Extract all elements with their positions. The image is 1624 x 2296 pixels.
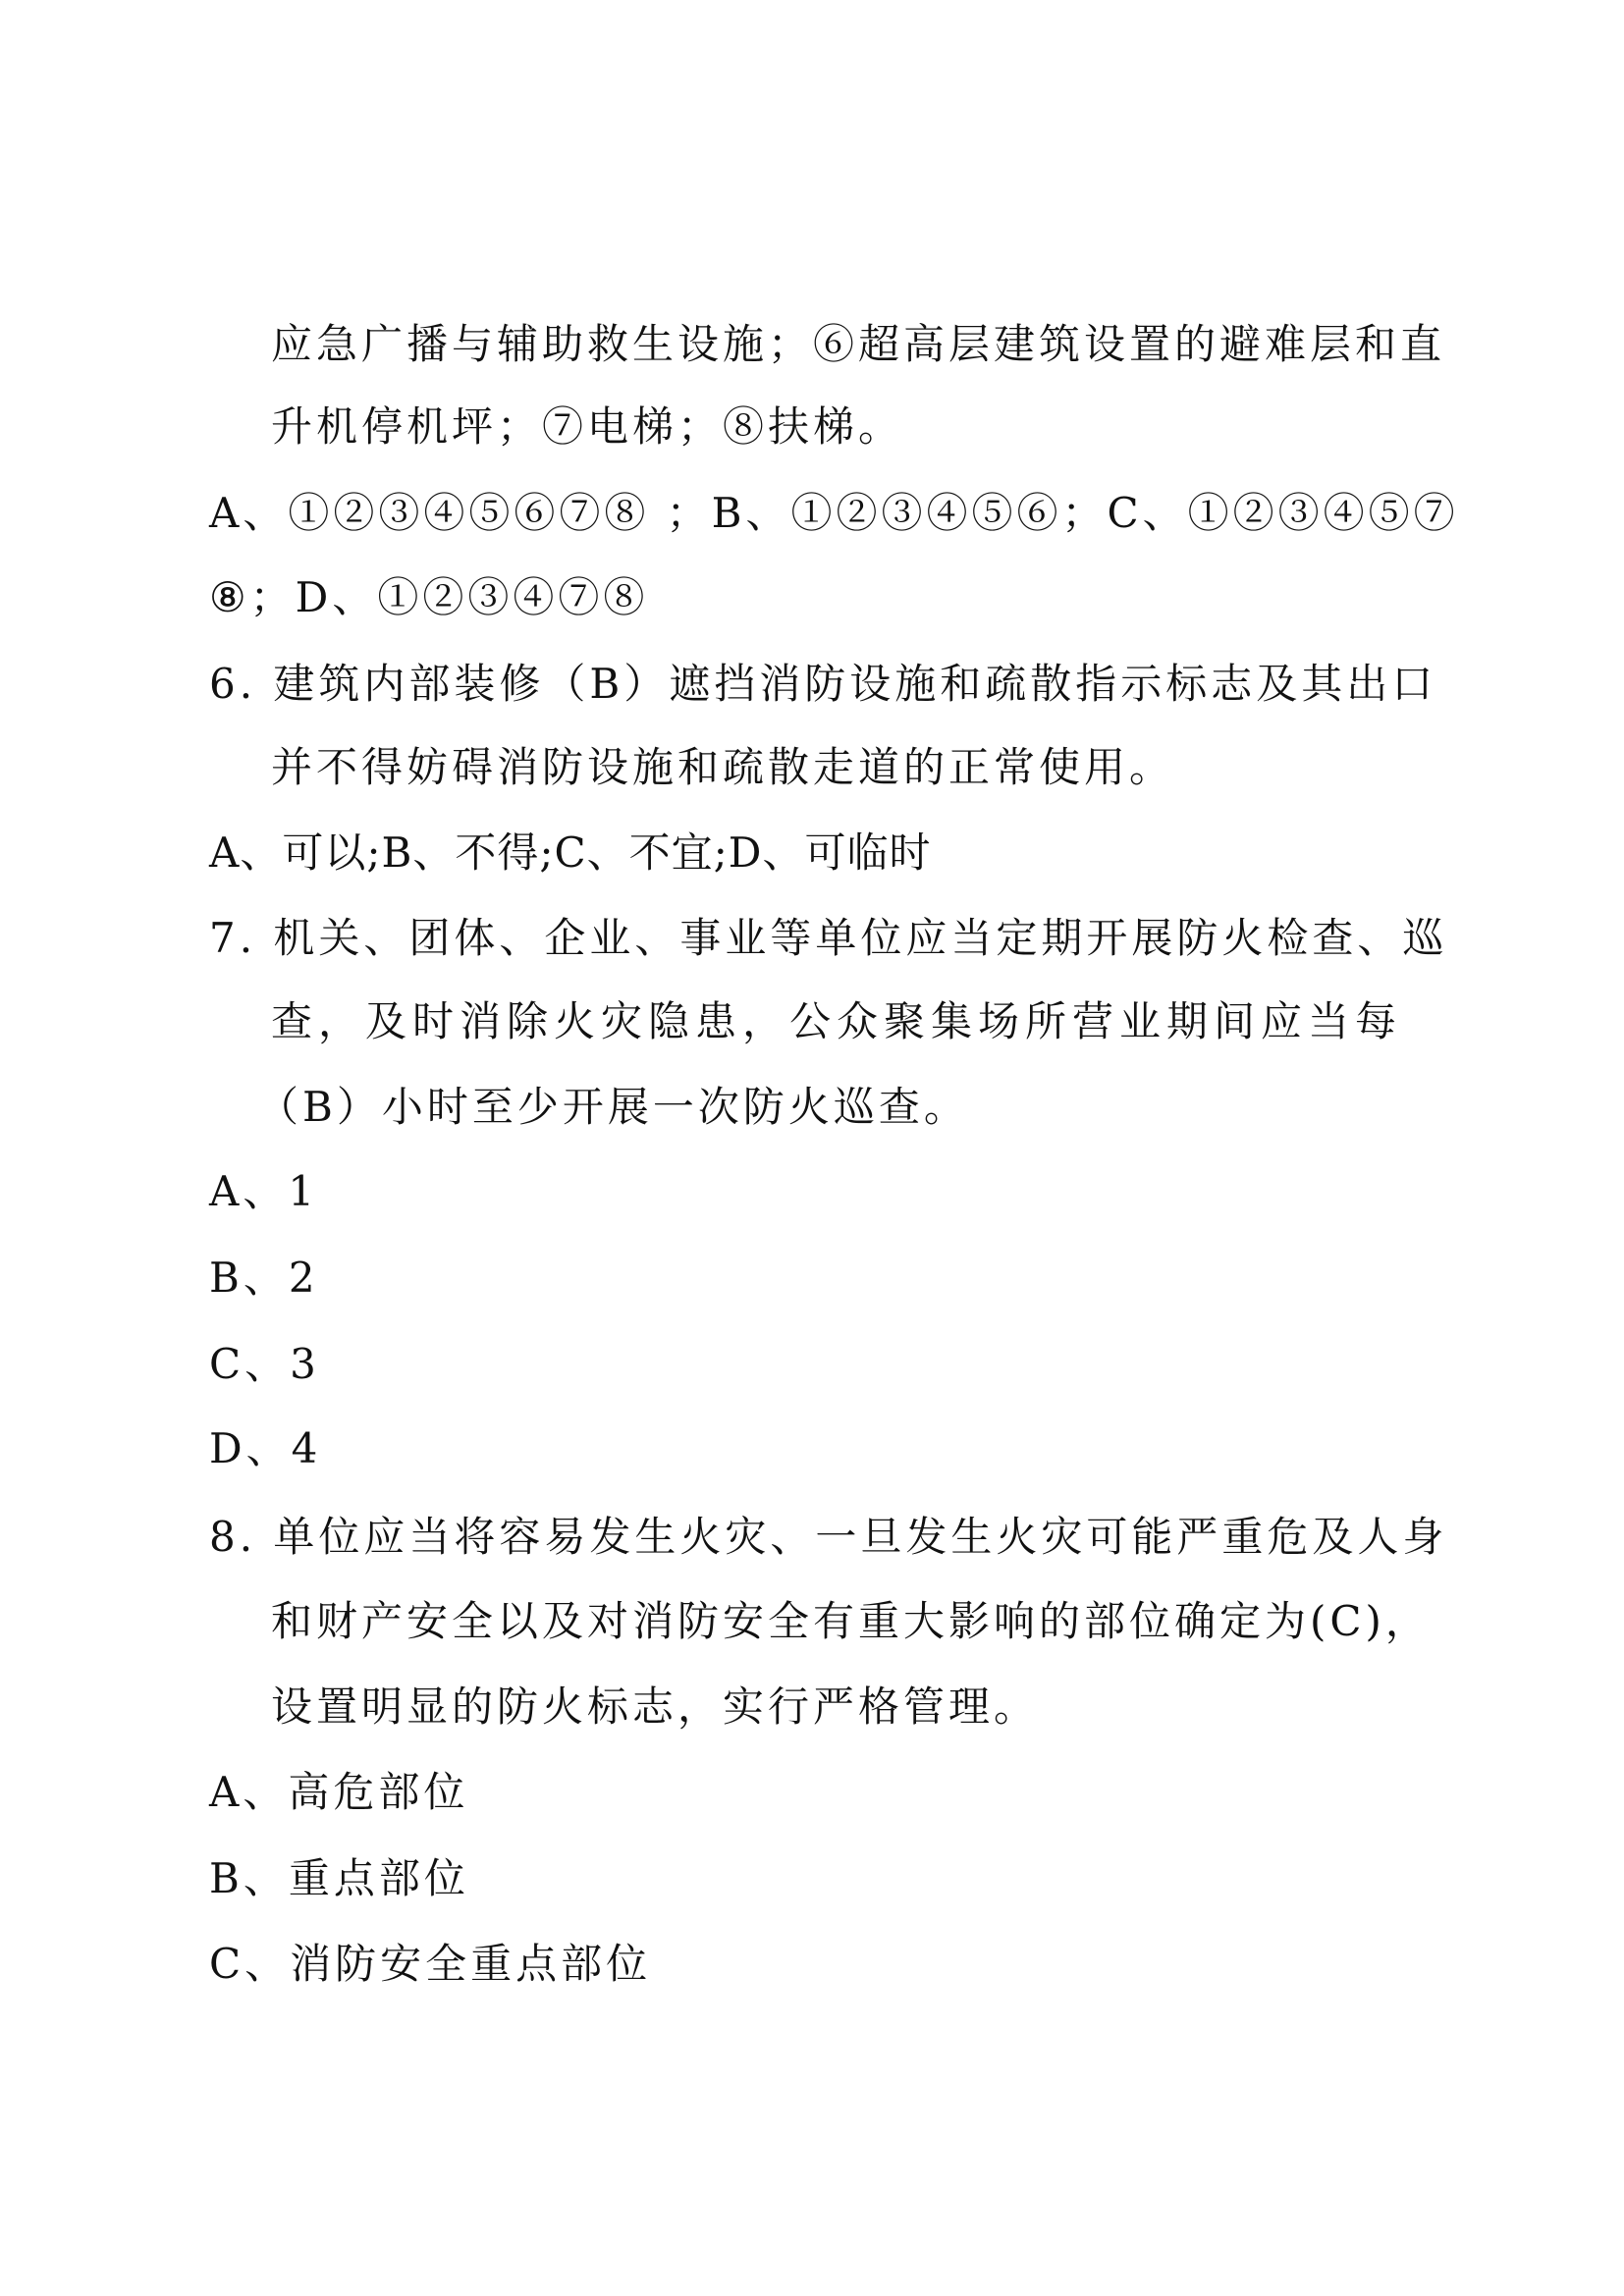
q7-text-line-2: 查，及时消除火灾隐患，公众聚集场所营业期间应当每 bbox=[271, 997, 1402, 1046]
q5-options-line-1: A、①②③④⑤⑥⑦⑧ ；B、①②③④⑤⑥；C、①②③④⑤⑦ bbox=[209, 489, 1459, 538]
q7-option-d: D、4 bbox=[209, 1424, 321, 1473]
q7-option-a: A、1 bbox=[209, 1167, 318, 1216]
q7-option-c: C、3 bbox=[209, 1340, 320, 1389]
q8-text-line-3: 设置明显的防火标志，实行严格管理。 bbox=[271, 1682, 1039, 1732]
q8-text-line-2: 和财产安全以及对消防安全有重大影响的部位确定为(C)， bbox=[271, 1597, 1431, 1646]
q6-options-line: A、可以;B、不得;C、不宜;D、可临时 bbox=[209, 828, 931, 878]
q8-option-a: A、高危部位 bbox=[209, 1768, 468, 1817]
q5-options-line-2: ⑧；D、①②③④⑦⑧ bbox=[209, 573, 648, 622]
q6-text-line-2: 并不得妨碍消防设施和疏散走道的正常使用。 bbox=[271, 743, 1174, 792]
q8-text-line-1: 8. 单位应当将容易发生火灾、一旦发生火灾可能严重危及人身 bbox=[209, 1513, 1447, 1562]
q7-text-line-3: （B）小时至少开展一次防火巡查。 bbox=[257, 1083, 969, 1132]
q5-text-line-1: 应急广播与辅助救生设施；⑥超高层建筑设置的避难层和直 bbox=[271, 320, 1445, 369]
q6-text-line-1: 6. 建筑内部装修（B）遮挡消防设施和疏散指示标志及其出口 bbox=[209, 660, 1436, 709]
q5-text-line-2: 升机停机坪；⑦电梯；⑧扶梯。 bbox=[271, 402, 903, 452]
q8-option-b: B、重点部位 bbox=[209, 1854, 469, 1903]
document-page: 应急广播与辅助救生设施；⑥超高层建筑设置的避难层和直 升机停机坪；⑦电梯；⑧扶梯… bbox=[0, 0, 1624, 2296]
q7-text-line-1: 7. 机关、团体、企业、事业等单位应当定期开展防火检查、巡 bbox=[209, 914, 1447, 963]
q7-option-b: B、2 bbox=[209, 1254, 319, 1303]
q8-option-c: C、消防安全重点部位 bbox=[209, 1940, 651, 1989]
